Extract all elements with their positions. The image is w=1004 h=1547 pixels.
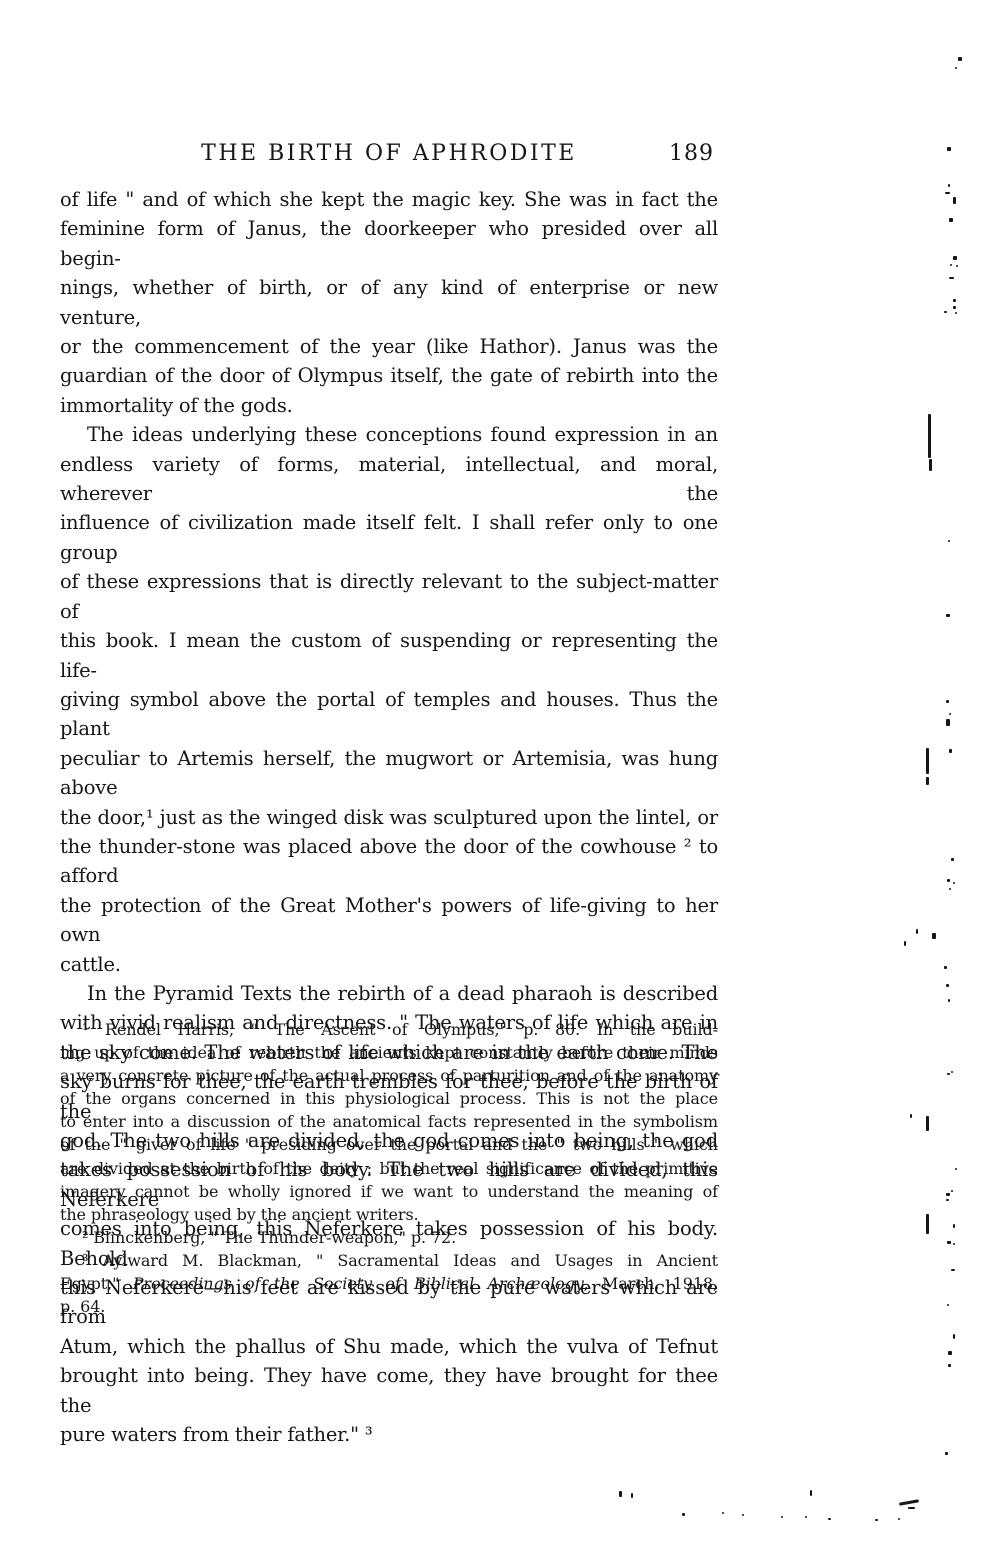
text-line: p. 64. xyxy=(60,1295,718,1318)
scan-speck xyxy=(953,299,956,302)
scan-speck xyxy=(955,67,957,69)
book-page: THE BIRTH OF APHRODITE 189 of life " and… xyxy=(0,0,1004,1547)
scan-speck xyxy=(953,1334,955,1339)
scan-speck xyxy=(947,1073,950,1075)
scan-speck xyxy=(949,888,951,890)
text-line: of life " and of which she kept the magi… xyxy=(60,185,718,214)
scan-speck xyxy=(953,1243,955,1245)
text-line: this book. I mean the custom of suspendi… xyxy=(60,626,718,685)
scan-speck xyxy=(949,218,953,222)
scan-speck xyxy=(828,1518,831,1520)
text-line: guardian of the door of Olympus itself, … xyxy=(60,361,718,390)
scan-speck xyxy=(948,1364,951,1367)
scan-speck xyxy=(958,57,962,61)
scan-speck xyxy=(932,933,936,939)
scan-speck xyxy=(946,1199,949,1201)
scan-speck xyxy=(926,777,929,785)
scan-speck xyxy=(949,277,954,279)
italic-text: Proceedings of the Society of Biblical A… xyxy=(133,1274,584,1293)
text-line: feminine form of Janus, the doorkeeper w… xyxy=(60,214,718,273)
scan-speck xyxy=(950,264,952,266)
scan-smudge xyxy=(899,1499,919,1505)
text-line: of the " giver of life " presiding over … xyxy=(60,1133,718,1156)
text-line: the phraseology used by the ancient writ… xyxy=(60,1203,718,1226)
scan-speck xyxy=(951,1269,955,1271)
scan-speck xyxy=(945,1452,948,1455)
scan-speck xyxy=(810,1490,812,1496)
text-line: nings, whether of birth, or of any kind … xyxy=(60,273,718,332)
text-segment: Egypt," xyxy=(60,1274,133,1293)
text-line: ing up of the idea of rebirth the ancien… xyxy=(60,1041,718,1064)
text-line: of the organs concerned in this physiolo… xyxy=(60,1087,718,1110)
chapter-title: THE BIRTH OF APHRODITE xyxy=(60,141,718,166)
scan-speck xyxy=(898,1518,900,1520)
scan-speck xyxy=(946,719,950,726)
scan-speck xyxy=(948,999,950,1002)
scan-speck xyxy=(949,749,952,753)
scan-speck xyxy=(742,1514,744,1516)
scan-speck xyxy=(953,1224,955,1228)
text-line: the protection of the Great Mother's pow… xyxy=(60,891,718,950)
text-line: are divided at the birth of the deity : … xyxy=(60,1157,718,1180)
scan-speck xyxy=(781,1516,783,1518)
scan-speck xyxy=(947,1241,951,1244)
scan-speck xyxy=(946,1193,950,1196)
text-line: peculiar to Artemis herself, the mugwort… xyxy=(60,744,718,803)
scan-speck xyxy=(944,966,947,969)
scan-speck xyxy=(722,1512,724,1514)
text-line: In the Pyramid Texts the rebirth of a de… xyxy=(60,979,718,1008)
scan-speck xyxy=(926,748,929,774)
text-line: ² Blinckenberg, " The Thunder-weapon," p… xyxy=(60,1226,718,1249)
scan-speck xyxy=(805,1516,807,1518)
scan-speck xyxy=(946,614,950,617)
text-line: a very concrete picture of the actual pr… xyxy=(60,1064,718,1087)
scan-speck xyxy=(953,197,956,204)
scan-speck xyxy=(619,1491,622,1497)
text-line: to enter into a discussion of the anatom… xyxy=(60,1110,718,1133)
text-line: Egypt," Proceedings of the Society of Bi… xyxy=(60,1272,718,1295)
scan-speck xyxy=(951,1071,953,1073)
scan-speck xyxy=(951,1190,953,1192)
text-line: The ideas underlying these conceptions f… xyxy=(60,420,718,449)
scan-speck xyxy=(949,713,951,715)
footnotes: ¹ Rendel Harris, " The Ascent of Olympus… xyxy=(60,1018,718,1318)
scan-speck xyxy=(908,1507,915,1509)
scan-speck xyxy=(929,459,932,471)
text-line: of these expressions that is directly re… xyxy=(60,567,718,626)
page-number: 189 xyxy=(669,141,714,166)
scan-speck xyxy=(955,1168,957,1170)
scan-speck xyxy=(875,1519,878,1521)
text-line: the thunder-stone was placed above the d… xyxy=(60,832,718,891)
text-line: brought into being. They have come, they… xyxy=(60,1361,718,1420)
text-line: pure waters from their father." ³ xyxy=(60,1420,718,1449)
text-segment: , March, 1918, xyxy=(584,1274,718,1293)
text-line: ¹ Rendel Harris, " The Ascent of Olympus… xyxy=(60,1018,718,1041)
scan-speck xyxy=(951,858,954,861)
text-line: Atum, which the phallus of Shu made, whi… xyxy=(60,1332,718,1361)
scan-speck xyxy=(904,941,906,946)
scan-speck xyxy=(682,1513,685,1516)
text-line: influence of civilization made itself fe… xyxy=(60,508,718,567)
scan-speck xyxy=(910,1114,912,1118)
scan-speck xyxy=(953,306,956,309)
text-line: ³ Aylward M. Blackman, " Sacramental Ide… xyxy=(60,1249,718,1272)
text-line: the door,¹ just as the winged disk was s… xyxy=(60,803,718,832)
text-line: immortality of the gods. xyxy=(60,391,718,420)
running-header: THE BIRTH OF APHRODITE 189 xyxy=(60,141,718,171)
scan-speck xyxy=(945,192,950,194)
scan-speck xyxy=(631,1493,633,1498)
text-line: cattle. xyxy=(60,950,718,979)
scan-speck xyxy=(955,312,957,314)
scan-speck xyxy=(947,147,951,151)
scan-speck xyxy=(947,1304,949,1306)
scan-speck xyxy=(948,184,950,187)
scan-speck xyxy=(948,1351,952,1355)
text-line: imagery cannot be wholly ignored if we w… xyxy=(60,1180,718,1203)
scan-speck xyxy=(953,256,957,260)
scan-speck xyxy=(928,414,931,458)
text-line: or the commencement of the year (like Ha… xyxy=(60,332,718,361)
text-line: giving symbol above the portal of temple… xyxy=(60,685,718,744)
scan-speck xyxy=(926,1214,929,1234)
scan-speck xyxy=(948,540,950,542)
scan-speck xyxy=(947,879,950,882)
scan-speck xyxy=(944,311,947,313)
text-line: endless variety of forms, material, inte… xyxy=(60,450,718,509)
scan-speck xyxy=(946,700,949,703)
scan-speck xyxy=(953,882,955,884)
scan-speck xyxy=(956,265,958,267)
scan-speck xyxy=(926,1116,929,1131)
scan-speck xyxy=(916,929,918,934)
scan-speck xyxy=(946,984,949,987)
